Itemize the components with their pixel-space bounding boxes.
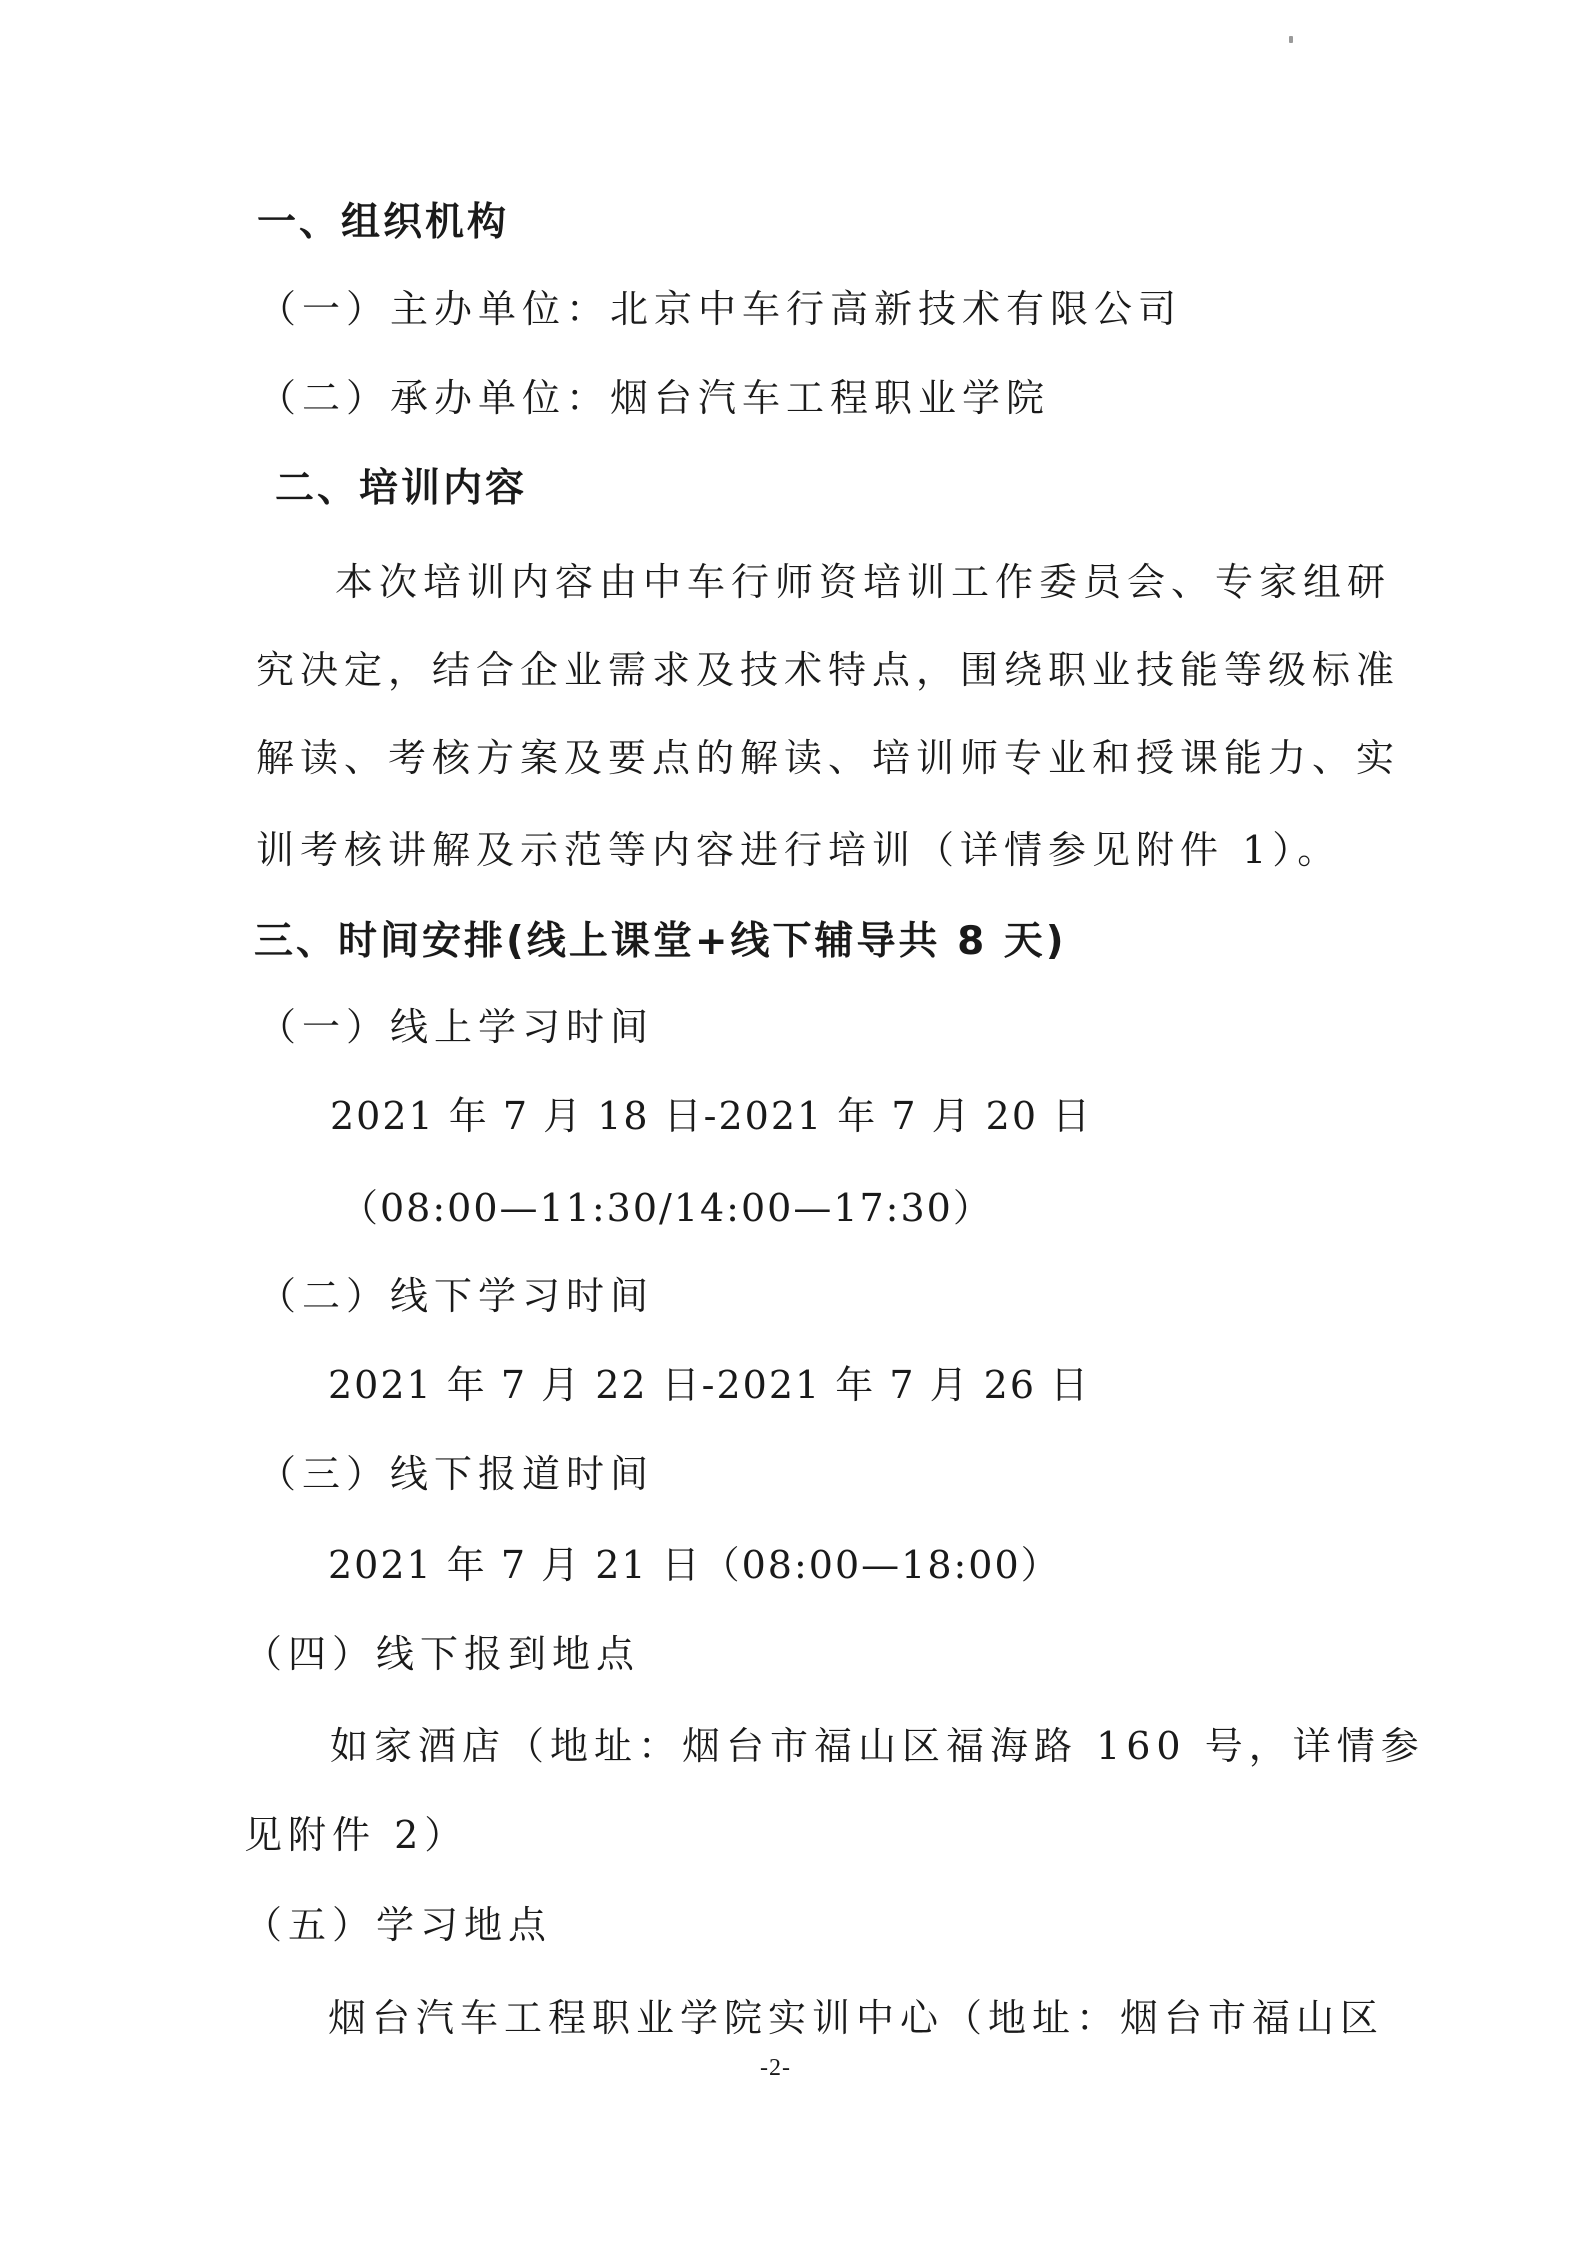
offline-study-label: （二）线下学习时间 — [258, 1273, 654, 1319]
checkin-place-line: 如家酒店（地址：烟台市福山区福海路 160 号，详情参 — [330, 1723, 1425, 1769]
online-study-label: （一）线上学习时间 — [258, 1004, 654, 1050]
paragraph-line: 训考核讲解及示范等内容进行培训（详情参见附件 1）。 — [256, 827, 1341, 873]
checkin-time-label: （三）线下报道时间 — [258, 1451, 654, 1497]
organizer-line: （一）主办单位：北京中车行高新技术有限公司 — [258, 286, 1182, 332]
study-place-line: 烟台汽车工程职业学院实训中心（地址：烟台市福山区 — [328, 1995, 1384, 2041]
online-study-hours: （08:00—11:30/14:00—17:30） — [340, 1185, 993, 1231]
paragraph-line: 究决定，结合企业需求及技术特点，围绕职业技能等级标准 — [256, 647, 1400, 693]
page-number: -2- — [760, 2055, 791, 2082]
paragraph-line: 解读、考核方案及要点的解读、培训师专业和授课能力、实 — [256, 735, 1400, 781]
section-heading-training-content: 二、培训内容 — [275, 466, 527, 512]
paragraph-line: 本次培训内容由中车行师资培训工作委员会、专家组研 — [335, 559, 1391, 605]
offline-study-dates: 2021 年 7 月 22 日-2021 年 7 月 26 日 — [328, 1362, 1090, 1408]
study-place-label: （五）学习地点 — [244, 1902, 552, 1948]
section-heading-organization: 一、组织机构 — [257, 200, 509, 246]
checkin-place-line: 见附件 2） — [244, 1812, 468, 1858]
section-heading-schedule: 三、时间安排(线上课堂+线下辅导共 8 天) — [254, 919, 1067, 965]
online-study-dates: 2021 年 7 月 18 日-2021 年 7 月 20 日 — [330, 1093, 1092, 1139]
undertaker-line: （二）承办单位：烟台汽车工程职业学院 — [258, 375, 1050, 421]
scan-speck — [1289, 36, 1293, 43]
checkin-place-label: （四）线下报到地点 — [244, 1631, 640, 1677]
checkin-time: 2021 年 7 月 21 日（08:00—18:00） — [328, 1542, 1061, 1588]
